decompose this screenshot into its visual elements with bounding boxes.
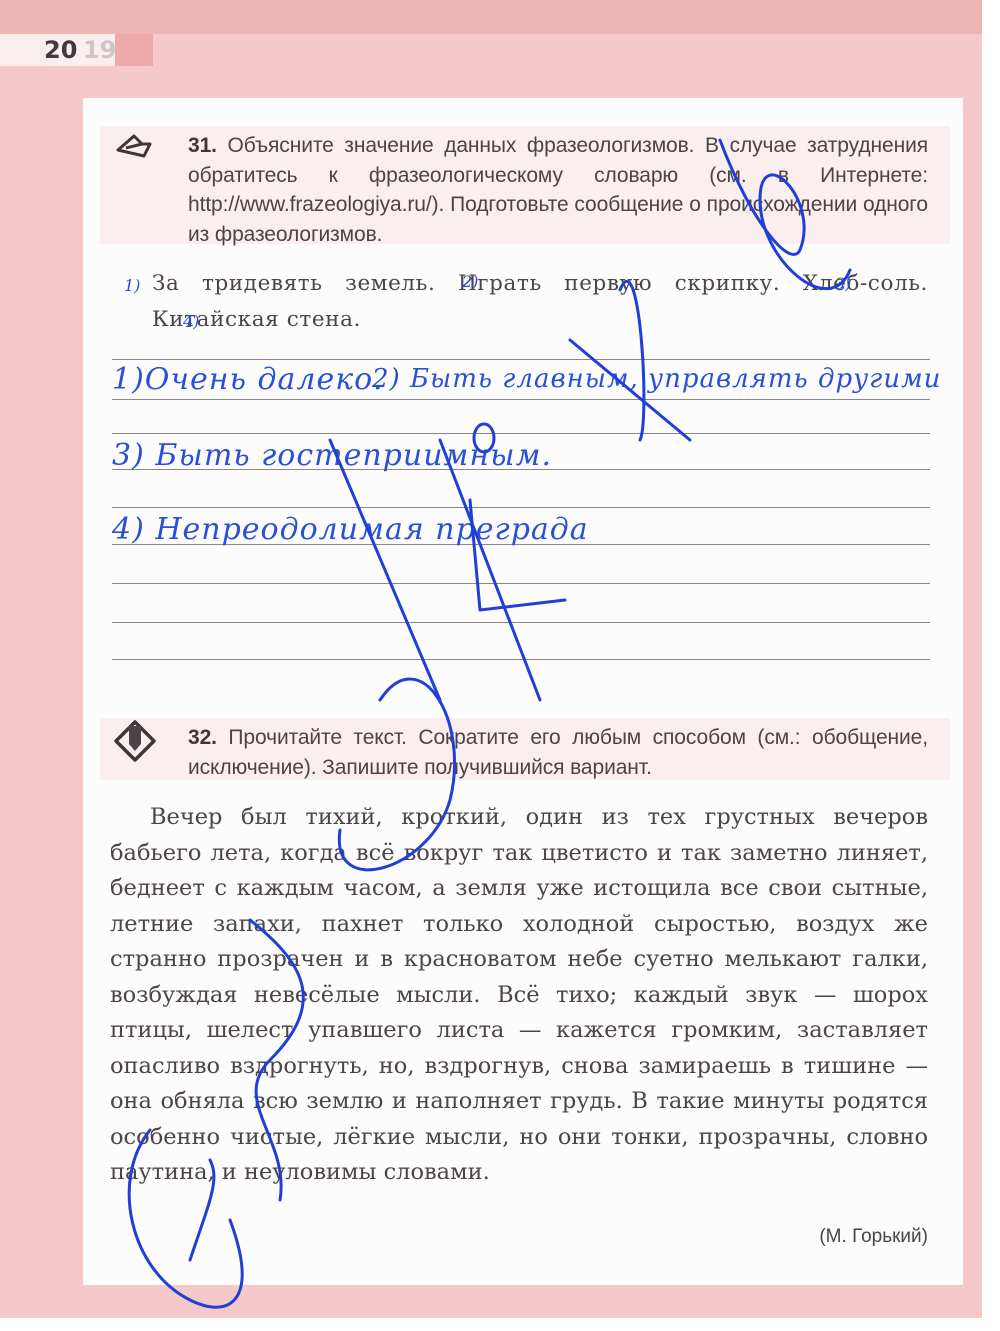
answer-line[interactable] [112,399,930,400]
handwritten-answer-1: 1)Очень далеко. [112,362,384,397]
handwritten-answer-3: 3) Быть гостеприимным. [112,438,552,473]
task-31-phrases: За тридевять земель. Играть первую скрип… [152,266,928,338]
pencil-write-icon [114,128,154,168]
task-32-number: 32. [188,726,217,749]
task-31-instruction: 31. Объясните значение данных фразеологи… [188,131,928,249]
show-through-page-number: 19 [83,34,116,66]
answer-line[interactable] [112,622,930,623]
answer-line[interactable] [112,433,930,434]
answer-line[interactable] [112,583,930,584]
answer-line[interactable] [112,359,930,360]
passage-author: (М. Горький) [700,1226,928,1248]
pen-diamond-icon [112,718,158,764]
page-number-tab-accent [115,34,153,66]
phrase-mark-4: 4) [183,312,199,331]
task-31-instruction-text: Объясните значение данных фразеологизмов… [188,134,928,246]
answer-line[interactable] [112,659,930,660]
phrase-mark-3: 3) [835,274,851,293]
handwritten-answer-2: 2) Быть главным, управлять другими [372,364,941,394]
task-31-number: 31. [188,134,217,157]
task-32-instruction: 32. Прочитайте текст. Сократите его любы… [188,723,928,782]
task-32-instruction-text: Прочитайте текст. Сократите его любым сп… [188,726,928,779]
phrase-mark-1: 1) [124,276,140,295]
page-frame-top-band [0,0,982,34]
page-number: 20 [44,34,77,66]
reading-passage: Вечер был тихий, кроткий, один из тех гр… [110,800,928,1191]
answer-line[interactable] [112,507,930,508]
phrase-mark-2: 2) [462,272,478,291]
handwritten-answer-4: 4) Непреодолимая преграда [112,512,589,547]
